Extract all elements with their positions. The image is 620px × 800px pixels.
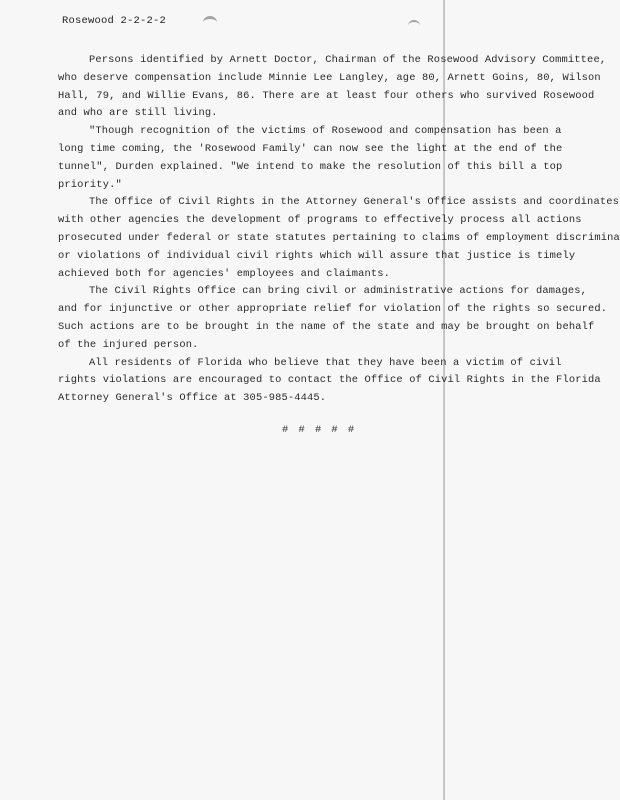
text-line: and who are still living. xyxy=(58,105,618,123)
text-line: "Though recognition of the victims of Ro… xyxy=(58,123,618,141)
text-line: of the injured person. xyxy=(58,337,618,355)
text-line: Persons identified by Arnett Doctor, Cha… xyxy=(58,52,618,70)
text-line: or violations of individual civil rights… xyxy=(58,248,618,266)
text-line: tunnel", Durden explained. "We intend to… xyxy=(58,159,618,177)
paragraph: Persons identified by Arnett Doctor, Cha… xyxy=(58,52,618,123)
text-line: The Civil Rights Office can bring civil … xyxy=(58,283,618,301)
punch-hole-mark xyxy=(203,16,217,29)
text-line: achieved both for agencies' employees an… xyxy=(58,266,618,284)
text-line: with other agencies the development of p… xyxy=(58,212,618,230)
end-of-release-mark: # # # # # xyxy=(282,424,356,436)
text-line: and for injunctive or other appropriate … xyxy=(58,301,618,319)
text-line: who deserve compensation include Minnie … xyxy=(58,70,618,88)
text-line: rights violations are encouraged to cont… xyxy=(58,372,618,390)
text-line: Hall, 79, and Willie Evans, 86. There ar… xyxy=(58,88,618,106)
paragraph: "Though recognition of the victims of Ro… xyxy=(58,123,618,194)
text-line: Such actions are to be brought in the na… xyxy=(58,319,618,337)
paragraph: All residents of Florida who believe tha… xyxy=(58,355,618,408)
text-line: long time coming, the 'Rosewood Family' … xyxy=(58,141,618,159)
page-header: Rosewood 2-2-2-2 xyxy=(62,15,166,27)
text-line: priority." xyxy=(58,177,618,195)
punch-hole-mark xyxy=(408,20,420,32)
text-line: All residents of Florida who believe tha… xyxy=(58,355,618,373)
text-line: Attorney General's Office at 305-985-444… xyxy=(58,390,618,408)
text-line: prosecuted under federal or state statut… xyxy=(58,230,618,248)
paragraph: The Civil Rights Office can bring civil … xyxy=(58,283,618,354)
document-body: Persons identified by Arnett Doctor, Cha… xyxy=(58,52,618,408)
text-line: The Office of Civil Rights in the Attorn… xyxy=(58,194,618,212)
document-page: Rosewood 2-2-2-2 Persons identified by A… xyxy=(0,0,620,800)
paragraph: The Office of Civil Rights in the Attorn… xyxy=(58,194,618,283)
